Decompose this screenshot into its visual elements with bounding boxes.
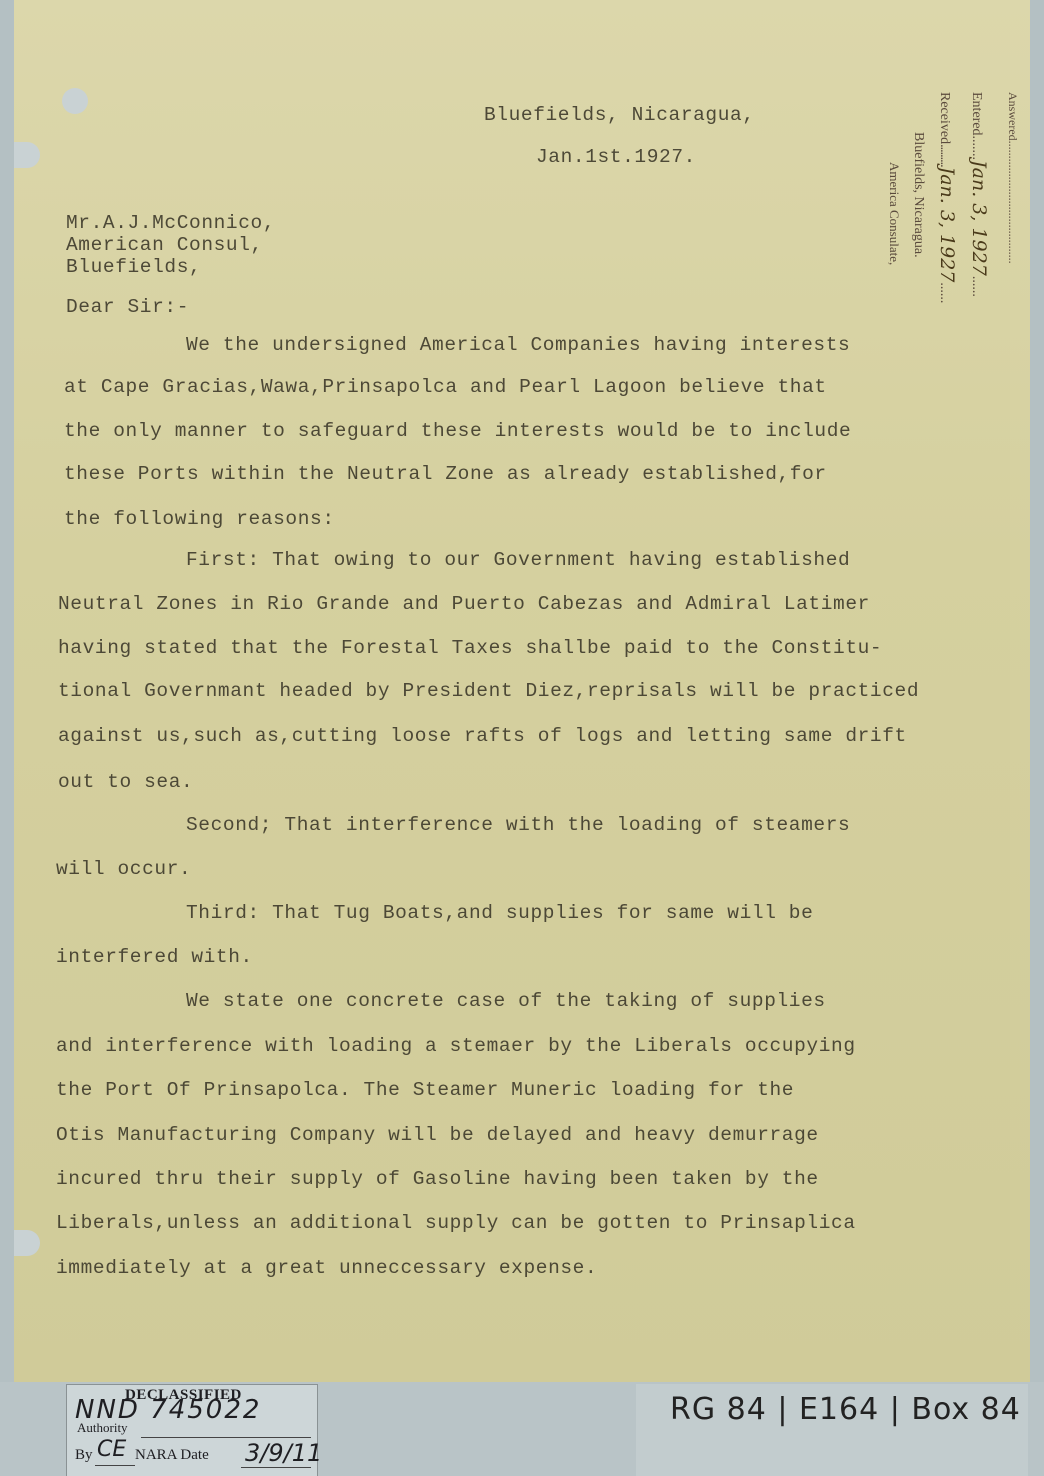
punch-hole [14, 142, 40, 168]
body-line: the only manner to safeguard these inter… [64, 420, 851, 442]
body-line: Neutral Zones in Rio Grande and Puerto C… [58, 593, 870, 615]
stamp-entered-date: Jan. 3, 1927 [968, 160, 990, 276]
stamp-received-date: Jan. 3, 1927 [936, 167, 958, 283]
letter-place: Bluefields, Nicaragua, [484, 104, 755, 126]
authority-value: NND 745022 [75, 1395, 261, 1425]
body-line: immediately at a great unneccessary expe… [56, 1257, 597, 1279]
body-line: Second; That interference with the loadi… [186, 814, 850, 836]
received-stamp: America Consulate, Bluefields, Nicaragua… [884, 92, 1034, 372]
body-line: Liberals,unless an additional supply can… [56, 1212, 856, 1234]
body-line: Third: That Tug Boats,and supplies for s… [186, 902, 813, 924]
letter-date: Jan.1st.1927. [536, 146, 696, 168]
declassified-label: DECLASSIFIED Authority NND 745022 By CE … [66, 1384, 318, 1476]
body-line: at Cape Gracias,Wawa,Prinsapolca and Pea… [64, 376, 827, 398]
body-line: out to sea. [58, 771, 193, 793]
body-line: tional Governmant headed by President Di… [58, 680, 919, 702]
body-line: We state one concrete case of the taking… [186, 990, 826, 1012]
salutation: Dear Sir:- [66, 296, 189, 318]
body-line: We the undersigned Americal Companies ha… [186, 334, 850, 356]
by-underline [95, 1465, 135, 1466]
body-line: and interference with loading a stemaer … [56, 1035, 856, 1057]
body-line: the Port Of Prinsapolca. The Steamer Mun… [56, 1079, 794, 1101]
stamp-location: Bluefields, Nicaragua. [910, 132, 926, 258]
body-line: First: That owing to our Government havi… [186, 549, 850, 571]
stamp-office: America Consulate, [886, 162, 902, 265]
archive-reference: RG 84 | E164 | Box 84 [670, 1392, 1021, 1427]
body-line: interfered with. [56, 946, 253, 968]
punch-hole [62, 88, 88, 114]
addressee-line-2: American Consul, [66, 234, 263, 256]
body-line: having stated that the Forestal Taxes sh… [58, 637, 882, 659]
addressee-line-3: Bluefields, [66, 256, 201, 278]
body-line: the following reasons: [64, 508, 335, 530]
date-underline [241, 1467, 311, 1468]
stamp-received: Received.........Jan. 3, 1927...... [936, 92, 958, 303]
body-line: will occur. [56, 858, 191, 880]
nara-date-label: NARA Date [135, 1447, 209, 1464]
body-line: these Ports within the Neutral Zone as a… [64, 463, 827, 485]
stamp-entered: Entered.......Jan. 3, 1927...... [968, 92, 990, 297]
stamp-answered: Answered................................… [1005, 92, 1020, 264]
nara-date-value: 3/9/11 [245, 1439, 322, 1467]
punch-hole [14, 1230, 40, 1256]
body-line: incured thru their supply of Gasoline ha… [56, 1168, 819, 1190]
body-line: Otis Manufacturing Company will be delay… [56, 1124, 819, 1146]
by-label: By [75, 1447, 93, 1464]
body-line: against us,such as,cutting loose rafts o… [58, 725, 907, 747]
addressee-line-1: Mr.A.J.McConnico, [66, 212, 275, 234]
by-value: CE [97, 1437, 126, 1462]
authority-underline [141, 1437, 311, 1438]
